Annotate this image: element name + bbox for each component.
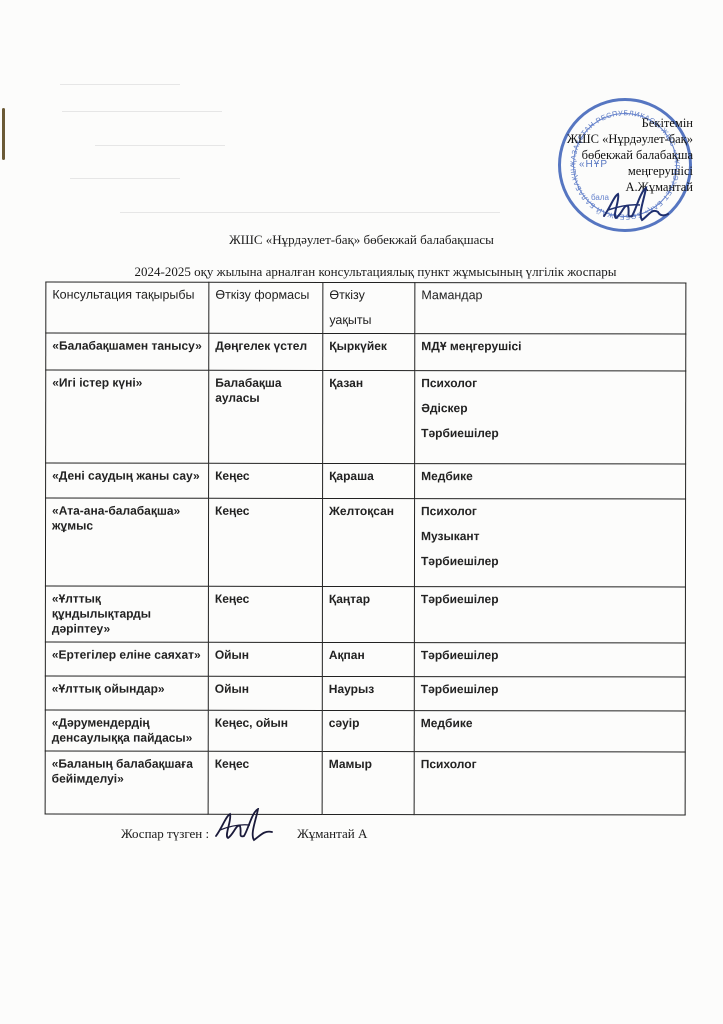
specialists-cell: ПсихологМузыкантТәрбиешілер [414,499,685,587]
time-cell: Ақпан [322,642,414,676]
bleed-through-line [95,145,225,146]
footer-signature-icon [212,808,274,844]
scan-edge-mark [2,108,5,160]
header-form: Өткізу формасы [209,282,323,333]
specialist-name: Психолог [421,757,679,772]
header-time: Өткізу уақыты [323,282,415,333]
bleed-through-line [60,84,180,85]
specialist-name: Тәрбиешілер [421,648,679,663]
specialists-cell: ПсихологӘдіскерТәрбиешілер [415,371,686,464]
topic-cell: «Дәрумендердің денсаулыққа пайдасы» [45,710,208,751]
specialists-cell: Медбике [414,711,685,752]
specialists-cell: Психолог [414,752,685,815]
specialists-cell: Тәрбиешілер [414,677,685,711]
form-cell: Кеңес [209,463,323,498]
specialist-name: Әдіскер [421,401,679,416]
form-cell: Ойын [208,642,322,676]
topic-cell: «Ұлттық құндылықтарды дәріптеу» [45,586,208,642]
table-row: «Балабақшамен танысу»Дөңгелек үстелҚыркү… [46,333,686,371]
specialists-cell: Медбике [415,464,686,499]
topic-cell: «Балабақшамен танысу» [46,333,209,370]
approval-line: бөбекжай балабақша [567,147,693,163]
form-cell: Кеңес, ойын [208,710,322,751]
form-cell: Дөңгелек үстел [209,333,323,370]
table-header-row: Консультация тақырыбы Өткізу формасы Өтк… [46,282,686,334]
approval-line: меңгерушісі [567,163,693,179]
specialists-cell: Тәрбиешілер [414,587,685,643]
form-cell: Кеңес [208,751,322,814]
topic-cell: «Ұлттық ойындар» [45,676,208,710]
specialist-name: Психолог [421,376,679,391]
specialist-name: Музыкант [421,529,679,544]
consultation-plan-table: Консультация тақырыбы Өткізу формасы Өтк… [45,282,687,816]
topic-cell: «Баланың балабақшаға бейімделуі» [45,751,208,814]
approval-block: Бекітемін ЖШС «Нұрдәулет-бақ» бөбекжай б… [567,115,693,195]
form-cell: Кеңес [208,498,322,586]
header-time-line: Өткізу [329,288,408,303]
topic-cell: «Дені саудың жаны сау» [46,463,209,498]
specialist-name: Тәрбиешілер [421,592,679,607]
specialist-name: МДҰ меңгерушісі [421,339,679,354]
specialist-name: Медбике [421,469,679,484]
specialist-name: Психолог [421,504,679,519]
time-cell: сәуір [322,710,414,751]
compiler-name: Жұмантай А [297,826,367,842]
approval-line: ЖШС «Нұрдәулет-бақ» [567,131,693,147]
topic-cell: «Игі істер күні» [46,370,209,463]
specialist-name: Тәрбиешілер [421,426,679,441]
time-cell: Қазан [323,370,415,463]
bleed-through-line [70,178,180,179]
specialists-cell: Тәрбиешілер [414,643,685,677]
specialists-cell: МДҰ меңгерушісі [415,334,686,371]
organization-title: ЖШС «Нұрдәулет-бақ» бөбекжай балабақшасы [0,232,723,248]
time-cell: Желтоқсан [322,498,414,586]
form-cell: Балабақша ауласы [209,370,323,463]
specialist-name: Тәрбиешілер [421,682,679,697]
time-cell: Наурыз [322,676,414,710]
bleed-through-line [62,111,222,112]
time-cell: Қараша [323,463,415,498]
header-topic: Консультация тақырыбы [46,282,209,333]
time-cell: Қыркүйек [323,333,415,370]
compiled-by-label: Жоспар түзген : [121,826,209,842]
header-specialists: Мамандар [415,283,686,334]
bleed-through-line [120,212,500,213]
table-row: «Дені саудың жаны сау»КеңесҚарашаМедбике [46,463,686,499]
header-time-line: уақыты [329,313,408,328]
table-row: «Ата-ана-балабақша» жұмысКеңесЖелтоқсанП… [45,498,685,587]
plan-title: 2024-2025 оқу жылына арналған консультац… [0,264,723,280]
time-cell: Мамыр [322,751,414,814]
specialist-name: Тәрбиешілер [421,554,679,569]
table-row: «Дәрумендердің денсаулыққа пайдасы»Кеңес… [45,710,685,752]
table-row: «Ұлттық ойындар»ОйынНаурызТәрбиешілер [45,676,685,711]
time-cell: Қаңтар [322,586,414,642]
form-cell: Кеңес [208,586,322,642]
form-cell: Ойын [208,676,322,710]
table-row: «Ұлттық құндылықтарды дәріптеу»КеңесҚаңт… [45,586,685,643]
topic-cell: «Ата-ана-балабақша» жұмыс [45,498,208,586]
table-row: «Баланың балабақшаға бейімделуі»КеңесМам… [45,751,685,815]
table-row: «Ертегілер еліне саяхат»ОйынАқпанТәрбиеш… [45,642,685,677]
document-page: ҚАЗАҚСТАН РЕСПУБЛИКАСЫ ЖШС «НҰРДӘУЛЕТ-БА… [0,0,723,1024]
topic-cell: «Ертегілер еліне саяхат» [45,642,208,676]
table-row: «Игі істер күні»Балабақша ауласыҚазанПси… [46,370,686,464]
signature-icon [600,186,670,226]
approval-line: Бекітемін [567,115,693,131]
specialist-name: Медбике [421,716,679,731]
